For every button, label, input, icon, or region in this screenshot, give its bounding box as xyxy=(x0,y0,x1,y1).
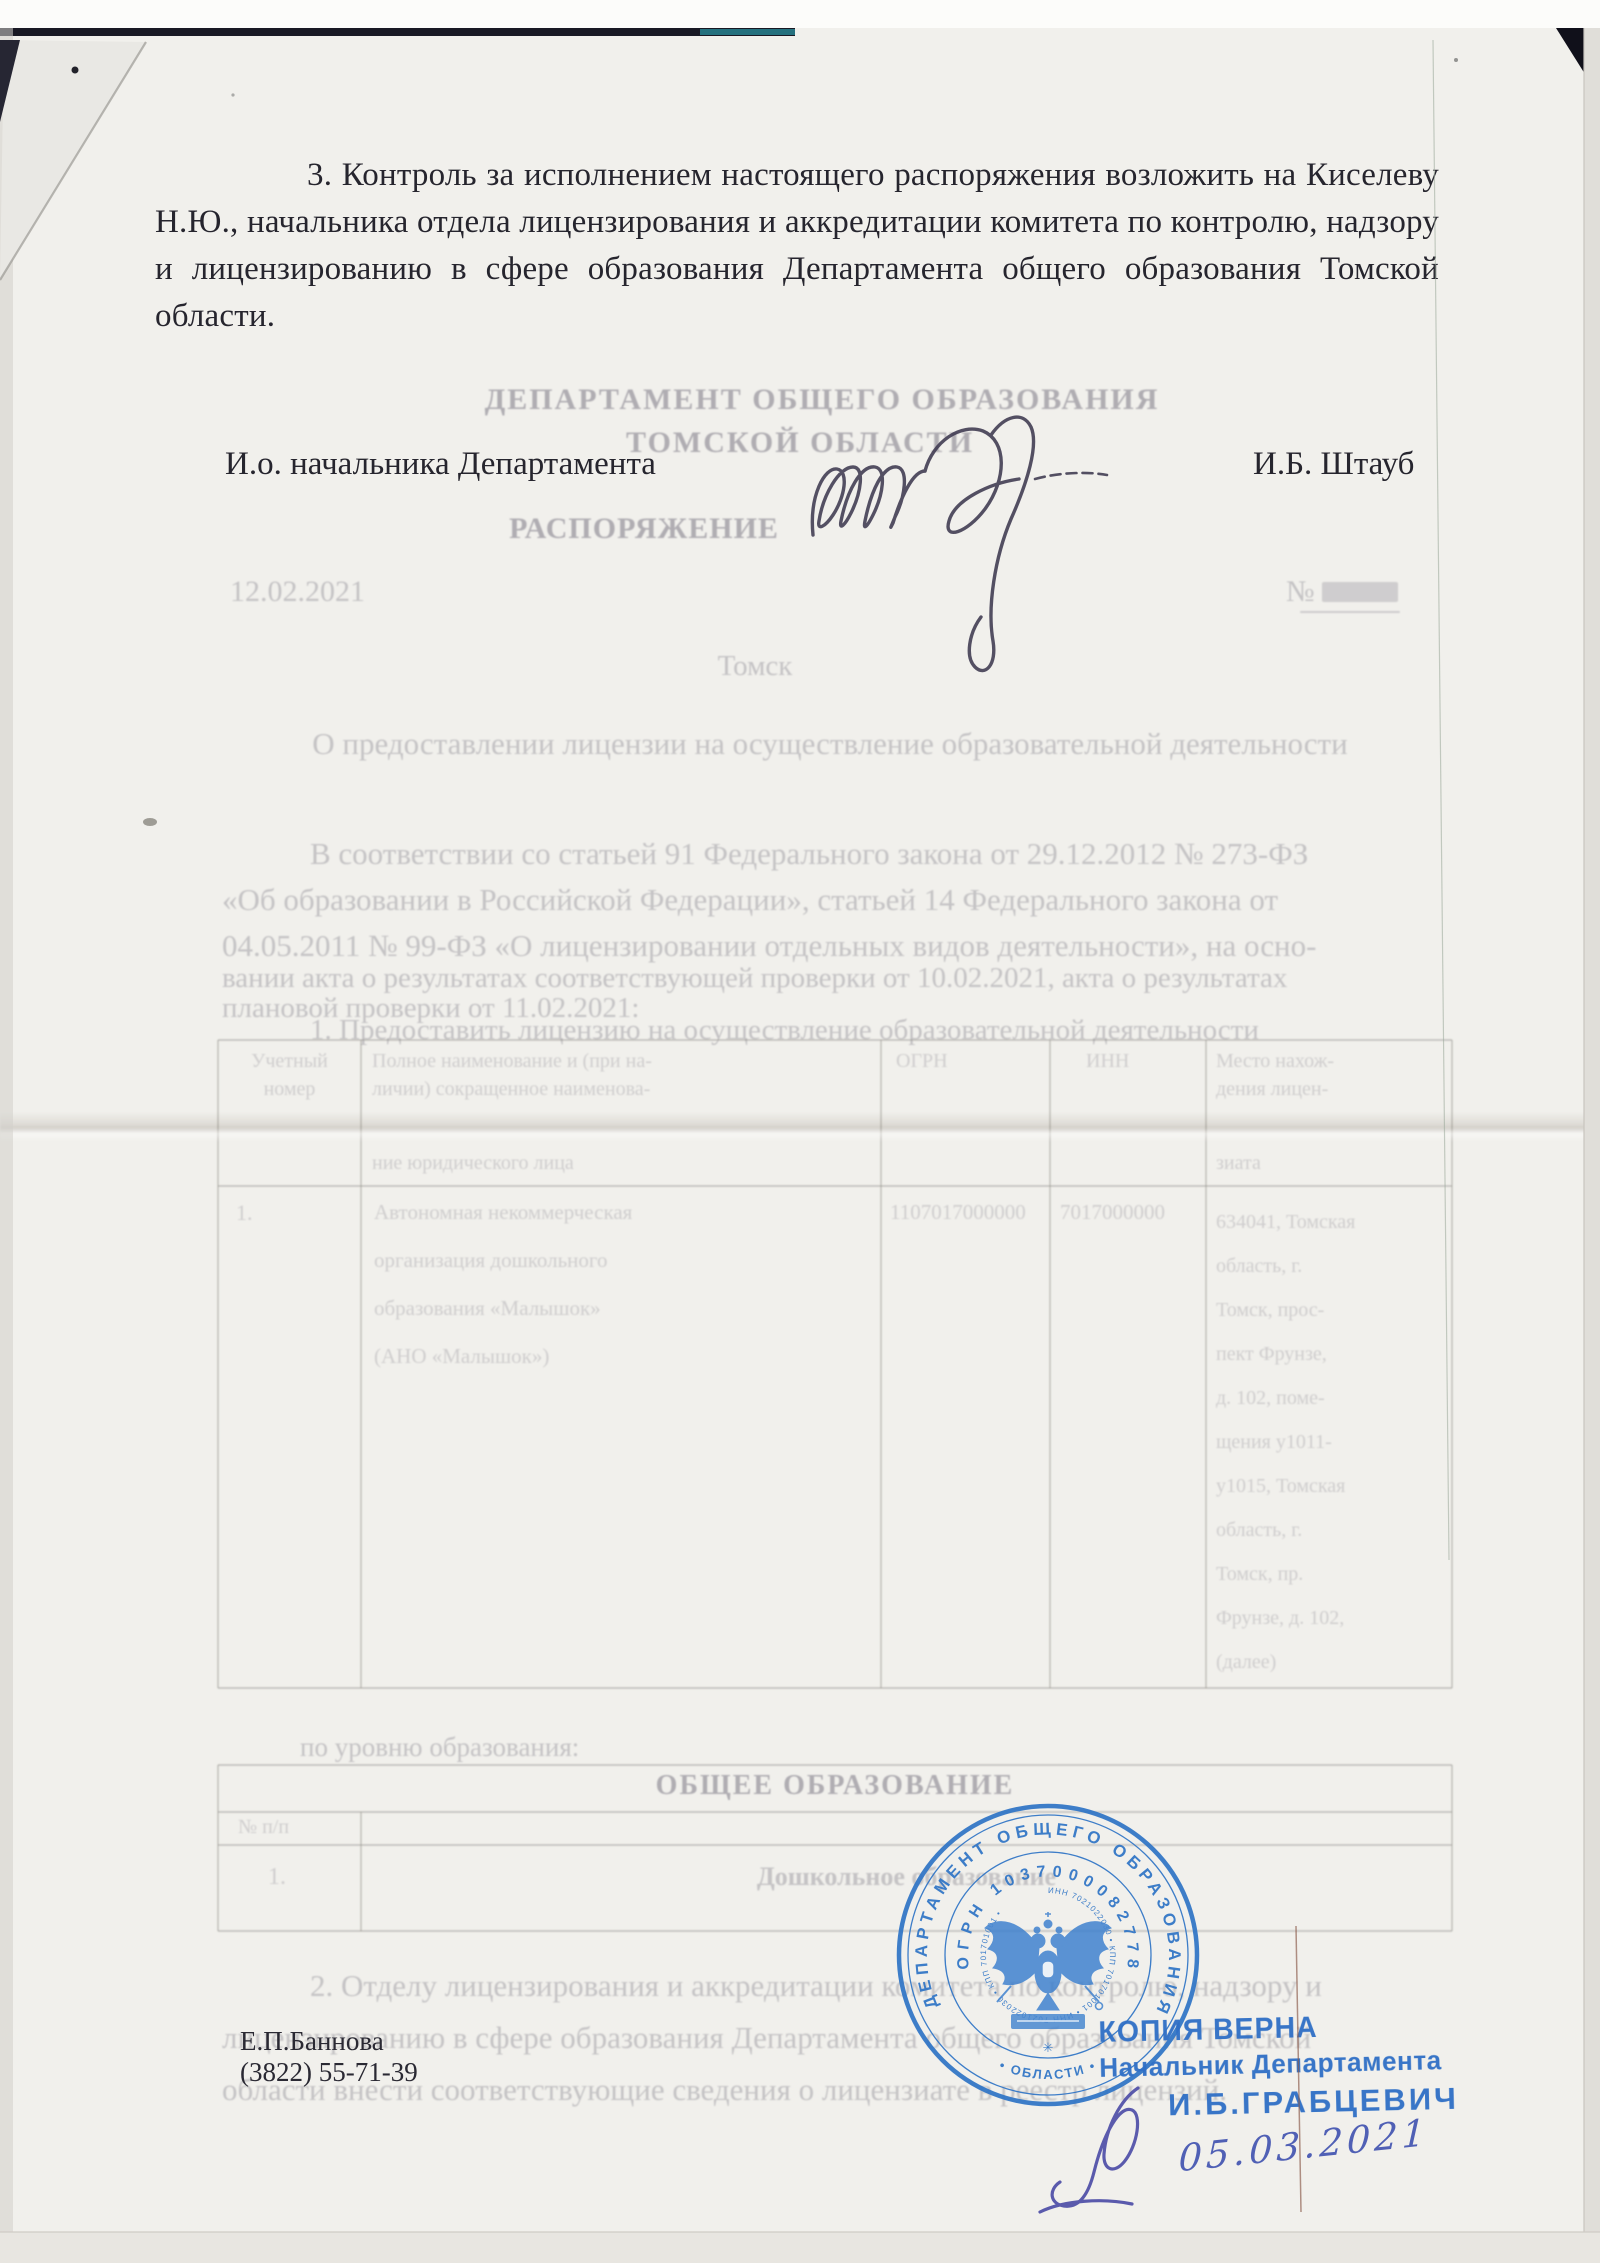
bleed-td-address-line: область, г. xyxy=(1216,1244,1441,1288)
bleed-td-address-line: 634041, Томская xyxy=(1216,1200,1441,1244)
eagle-emblem xyxy=(985,1912,1111,2010)
bleed-td-address-line: Томск, прос- xyxy=(1216,1288,1441,1332)
bleed-mini-number: 1. xyxy=(268,1864,286,1891)
copy-stamp-line1: КОПИЯ ВЕРНА xyxy=(1098,2011,1318,2050)
bleed-td-address-line: щения у1011- xyxy=(1216,1420,1441,1464)
bleed-th-col3: ОГРН xyxy=(896,1050,948,1073)
bleed-td-address-line: Фрунзе, д. 102, xyxy=(1216,1596,1441,1640)
bleed-td-address-line: область, г. xyxy=(1216,1508,1441,1552)
executor-phone: (3822) 55-71-39 xyxy=(240,2057,418,2088)
stamp-asterisk: ✳ xyxy=(1043,2040,1054,2055)
bleed-th-col2-line: личии) сокращенное наименова- xyxy=(372,1078,650,1101)
executor-block: Е.П.Баннова (3822) 55-71-39 xyxy=(240,2026,418,2088)
bleed-td-ogrn: 1107017000000 xyxy=(890,1200,1026,1225)
bleed-level-label: по уровню образования: xyxy=(300,1732,579,1763)
bleed-td-inn: 7017000000 xyxy=(1060,1200,1165,1225)
bleed-th-col1-line: номер xyxy=(222,1078,357,1101)
bleed-td-name-line: образования «Малышок» xyxy=(374,1296,601,1321)
bleed-td-address-line: пект Фрунзе, xyxy=(1216,1332,1441,1376)
scanned-document-page: ДЕПАРТАМЕНТ ОБЩЕГО ОБРАЗОВАНИЯ ТОМСКОЙ О… xyxy=(0,0,1600,2263)
bleed-mini-head: № п/п xyxy=(238,1816,289,1839)
certifier-signature xyxy=(1020,2070,1200,2230)
bleed-td-name-line: организация дошкольного xyxy=(374,1248,608,1273)
bleed-th-col2-line: ние юридического лица xyxy=(372,1152,574,1175)
signer-position: И.о. начальника Департамента xyxy=(225,441,656,488)
bleed-td-number: 1. xyxy=(236,1200,253,1226)
bleed-td-address-line: (далее) xyxy=(1216,1640,1441,1684)
executor-name: Е.П.Баннова xyxy=(240,2026,418,2057)
bleed-th-col1-line: Учетный xyxy=(222,1050,357,1073)
bleed-th-col5-line: дения лицен- xyxy=(1216,1078,1328,1101)
fold-crease xyxy=(0,1112,1600,1142)
bleed-td-name-line: Автономная некоммерческая xyxy=(374,1200,632,1225)
bleed-section-title: ОБЩЕЕ ОБРАЗОВАНИЕ xyxy=(218,1770,1452,1802)
bleed-td-address-lines: 634041, Томскаяобласть, г.Томск, прос-пе… xyxy=(1216,1200,1441,1684)
director-signature xyxy=(795,375,1195,695)
bleed-td-address-line: Томск, пр. xyxy=(1216,1552,1441,1596)
bleed-td-address-line: д. 102, поме- xyxy=(1216,1376,1441,1420)
bleed-th-col2-line: Полное наименование и (при на- xyxy=(372,1050,652,1073)
bleed-td-address-line: у1015, Томская xyxy=(1216,1464,1441,1508)
signer-name: И.Б. Штауб xyxy=(1253,441,1414,488)
paragraph-3: 3. Контроль за исполнением настоящего ра… xyxy=(155,152,1439,340)
bleed-th-col5-line: Место нахож- xyxy=(1216,1050,1334,1073)
bleed-th-col5-line: зиата xyxy=(1216,1152,1261,1175)
bleed-th-col4: ИНН xyxy=(1086,1050,1129,1073)
bleed-td-name-line: (АНО «Малышок») xyxy=(374,1344,549,1369)
